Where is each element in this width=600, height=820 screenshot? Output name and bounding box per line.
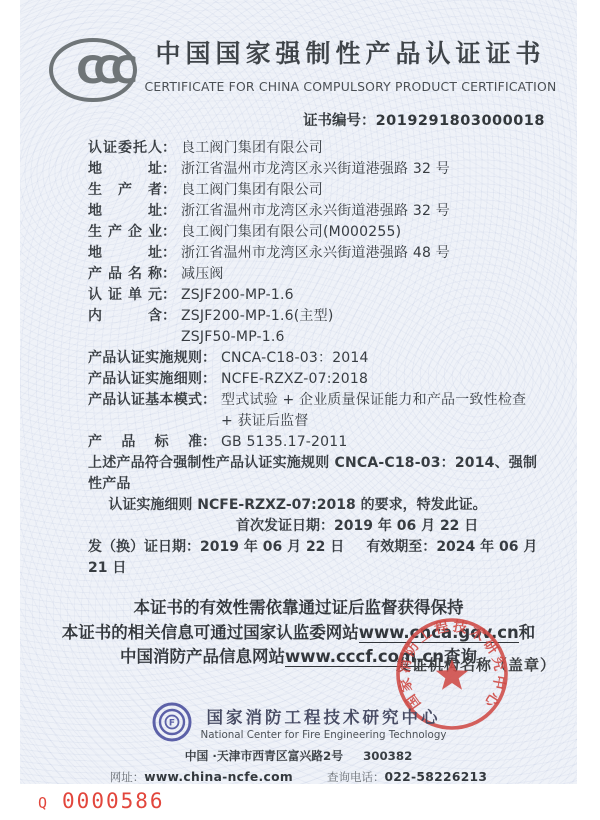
field-row-impl-detail: 产品认证实施细则：NCFE-RZXZ-07:2018	[88, 369, 547, 390]
ccc-mark-letters: CCC	[76, 49, 135, 92]
first-issue-date: 首次发证日期：2019 年 06 月 22 日	[236, 516, 547, 537]
org-address-line: 中国 ·天津市西青区富兴路2号300382	[20, 747, 577, 764]
footer-contact-line: 网址：www.china-ncfe.com查询电话：022-58226213	[20, 769, 577, 785]
phone-label: 查询电话：	[327, 770, 385, 784]
label-colon: ：	[162, 203, 176, 219]
serial-prefix: Q	[38, 794, 47, 812]
field-value: 型式试验 + 企业质量保证能力和产品一致性检查	[221, 392, 526, 408]
field-value: NCFE-RZXZ-07:2018	[221, 371, 368, 387]
org-postcode: 300382	[363, 749, 412, 763]
field-value: 浙江省温州市龙湾区永兴街道港强路 32 号	[181, 161, 450, 177]
label-colon: ：	[162, 245, 176, 261]
field-label: 产品认证实施规则	[88, 348, 202, 369]
label-colon: ：	[162, 287, 176, 303]
field-label: 生产企业	[88, 222, 162, 243]
ccc-mark-icon: CCC	[46, 34, 140, 106]
field-value: 浙江省温州市龙湾区永兴街道港强路 48 号	[181, 245, 450, 261]
label-colon: ：	[162, 182, 176, 198]
field-row-product-name: 产品名称：减压阀	[88, 264, 547, 285]
notice-line-2-text: 本证书的相关信息可通过国家认监委网站	[62, 623, 359, 642]
statement-line-1: 上述产品符合强制性产品认证实施规则 CNCA-C18-03：2014、强制性产品	[88, 453, 547, 495]
field-label: 地址	[88, 159, 162, 180]
label-colon: ：	[162, 161, 176, 177]
field-label: 认证委托人	[88, 138, 162, 159]
field-label: 生产者	[88, 180, 162, 201]
certificate-fields: 认证委托人：良工阀门集团有限公司 地址：浙江省温州市龙湾区永兴街道港强路 32 …	[20, 138, 577, 579]
field-row-impl-rule: 产品认证实施规则：CNCA-C18-03：2014	[88, 348, 547, 369]
notice-line-2-suffix: 和	[519, 623, 536, 642]
label-colon: ：	[202, 350, 216, 366]
field-label: 认证单元	[88, 285, 162, 306]
field-value: ZSJF200-MP-1.6(主型)	[181, 308, 334, 324]
ncfe-logo-letter: F	[168, 719, 174, 729]
field-value: 良工阀门集团有限公司	[181, 182, 323, 198]
org-name-cn: 国家消防工程技术研究中心	[201, 704, 447, 728]
label-colon: ：	[162, 140, 176, 156]
field-value: 良工阀门集团有限公司(M000255)	[181, 224, 401, 240]
serial-digits: 0000586	[62, 789, 165, 813]
field-row-address-2: 地址：浙江省温州市龙湾区永兴街道港强路 32 号	[88, 201, 547, 222]
org-address: 中国 ·天津市西青区富兴路2号	[185, 749, 343, 763]
label-colon: ：	[162, 224, 176, 240]
field-label: 产品认证基本模式	[88, 390, 202, 411]
field-value: + 获证后监督	[221, 413, 309, 429]
notice-line-3-text: 中国消防产品信息网站	[120, 647, 285, 666]
page-subtitle: CERTIFICATE FOR CHINA COMPULSORY PRODUCT…	[124, 79, 577, 94]
field-row-applicant: 认证委托人：良工阀门集团有限公司	[88, 138, 547, 159]
field-label: 产品认证实施细则	[88, 369, 202, 390]
label-colon: ：	[162, 266, 176, 282]
label-colon: ：	[202, 434, 216, 450]
field-row-factory: 生产企业：良工阀门集团有限公司(M000255)	[88, 222, 547, 243]
certificate-number-label: 证书编号：	[303, 113, 376, 129]
field-value: ZSJF50-MP-1.6	[181, 329, 285, 345]
field-row-address-3: 地址：浙江省温州市龙湾区永兴街道港强路 48 号	[88, 243, 547, 264]
website-label: 网址：	[110, 770, 145, 784]
label-colon: ：	[162, 308, 176, 324]
valid-until-label: 有效期至：	[366, 539, 436, 555]
field-value: GB 5135.17-2011	[221, 434, 347, 450]
field-label: 内含	[88, 306, 162, 327]
field-value: CNCA-C18-03：2014	[221, 350, 369, 366]
certificate-paper: CCC 中国国家强制性产品认证证书 CERTIFICATE FOR CHINA …	[20, 0, 577, 784]
field-label: 产品标准	[88, 432, 202, 453]
first-issue-date-label: 首次发证日期：	[236, 518, 334, 534]
website-value: www.china-ncfe.com	[144, 770, 293, 784]
field-row-cert-mode-cont: ：+ 获证后监督	[88, 411, 547, 432]
field-row-address-1: 地址：浙江省温州市龙湾区永兴街道港强路 32 号	[88, 159, 547, 180]
certificate-number: 证书编号：2019291803000018	[20, 109, 577, 130]
footer: F 国家消防工程技术研究中心 National Center for Fire …	[20, 701, 577, 785]
field-value: ZSJF200-MP-1.6	[181, 287, 294, 303]
field-value: 浙江省温州市龙湾区永兴街道港强路 32 号	[181, 203, 450, 219]
field-label: 产品名称	[88, 264, 162, 285]
field-value: 减压阀	[181, 266, 224, 282]
field-row-includes: 内含：ZSJF200-MP-1.6(主型)	[88, 306, 547, 327]
phone-value: 022-58226213	[384, 770, 487, 784]
page-title: 中国国家强制性产品认证证书	[124, 34, 577, 70]
ncfe-logo-icon: F	[151, 701, 193, 743]
label-colon: ：	[202, 371, 216, 387]
field-row-cert-unit: 认证单元：ZSJF200-MP-1.6	[88, 285, 547, 306]
field-label: 地址	[88, 201, 162, 222]
org-name-en: National Center for Fire Engineering Tec…	[201, 729, 447, 741]
reissue-date-value: 2019 年 06 月 22 日	[200, 539, 344, 555]
field-row-cert-mode: 产品认证基本模式：型式试验 + 企业质量保证能力和产品一致性检查	[88, 390, 547, 411]
reissue-and-expiry: 发（换）证日期：2019 年 06 月 22 日有效期至：2024 年 06 月…	[88, 537, 547, 579]
certificate-number-value: 2019291803000018	[376, 113, 545, 129]
serial-number: Q0000586	[38, 789, 165, 813]
label-colon: ：	[202, 392, 216, 408]
field-row-includes-cont: ：ZSJF50-MP-1.6	[88, 327, 547, 348]
field-row-producer: 生产者：良工阀门集团有限公司	[88, 180, 547, 201]
field-label: 地址	[88, 243, 162, 264]
header: 中国国家强制性产品认证证书 CERTIFICATE FOR CHINA COMP…	[124, 0, 577, 94]
statement-line-2: 认证实施细则 NCFE-RZXZ-07:2018 的要求，特发此证。	[88, 495, 547, 516]
field-value: 良工阀门集团有限公司	[181, 140, 323, 156]
seal-star-icon	[436, 659, 468, 690]
field-row-product-standard: 产品标准：GB 5135.17-2011	[88, 432, 547, 453]
first-issue-date-value: 2019 年 06 月 22 日	[334, 518, 478, 534]
reissue-date-label: 发（换）证日期：	[88, 539, 200, 555]
